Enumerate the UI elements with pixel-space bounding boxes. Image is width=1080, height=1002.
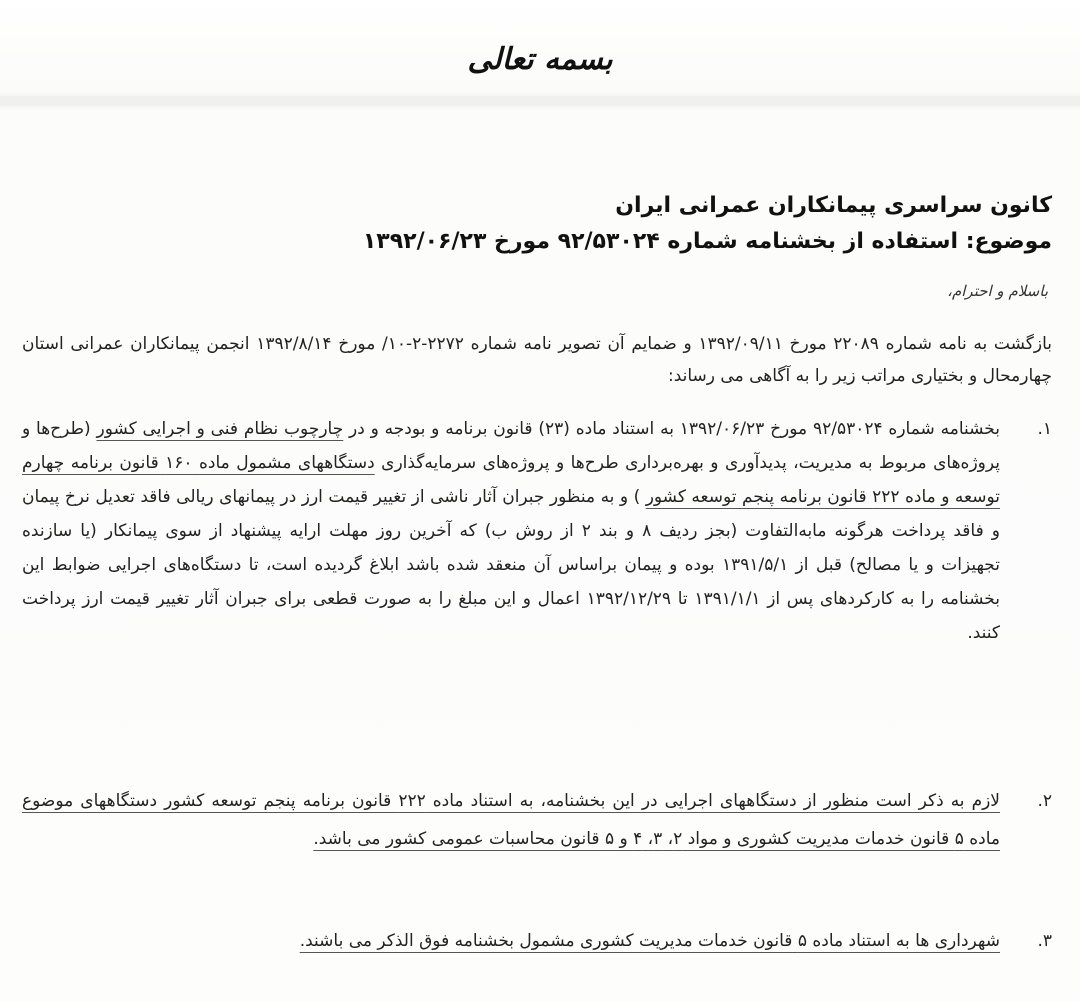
item-body: بخشنامه شماره ۹۲/۵۳۰۲۴ مورخ ۱۳۹۲/۰۶/۲۳ ب… — [22, 412, 1000, 650]
intro-paragraph: بازگشت به نامه شماره ۲۲۰۸۹ مورخ ۱۳۹۲/۰۹/… — [22, 328, 1052, 392]
scanned-letter-page: بسمه تعالی کانون سراسری پیمانکاران عمران… — [0, 0, 1080, 1002]
underlined-text: لازم به ذکر است منظور از دستگاههای اجرای… — [22, 791, 1000, 849]
item-number: ۲. — [1022, 782, 1052, 820]
underlined-text: شهرداری ها به استناد ماده ۵ قانون خدمات … — [300, 931, 1000, 951]
scan-artifact-band — [0, 96, 1080, 106]
item-body: شهرداری ها به استناد ماده ۵ قانون خدمات … — [22, 924, 1000, 958]
letter-header: کانون سراسری پیمانکاران عمرانی ایران موض… — [412, 188, 1052, 260]
subject-line: موضوع: استفاده از بخشنامه شماره ۹۲/۵۳۰۲۴… — [412, 224, 1052, 260]
item-text: ) و به منظور جبران آثار ناشی از تغییر قی… — [22, 487, 1000, 643]
list-item-2: ۲. لازم به ذکر است منظور از دستگاههای اج… — [22, 782, 1052, 858]
list-item-3: ۳. شهرداری ها به استناد ماده ۵ قانون خدم… — [22, 924, 1052, 958]
list-item-1: ۱. بخشنامه شماره ۹۲/۵۳۰۲۴ مورخ ۱۳۹۲/۰۶/۲… — [22, 412, 1052, 650]
greeting: باسلام و احترام، — [947, 282, 1048, 300]
underlined-text: چارچوب نظام فنی و اجرایی کشور — [97, 419, 344, 439]
recipient-name: کانون سراسری پیمانکاران عمرانی ایران — [412, 188, 1052, 224]
item-text: بخشنامه شماره ۹۲/۵۳۰۲۴ مورخ ۱۳۹۲/۰۶/۲۳ ب… — [343, 419, 1000, 439]
item-body: لازم به ذکر است منظور از دستگاههای اجرای… — [22, 782, 1000, 858]
item-number: ۱. — [1022, 412, 1052, 446]
invocation-heading: بسمه تعالی — [0, 42, 1080, 77]
item-number: ۳. — [1022, 924, 1052, 958]
